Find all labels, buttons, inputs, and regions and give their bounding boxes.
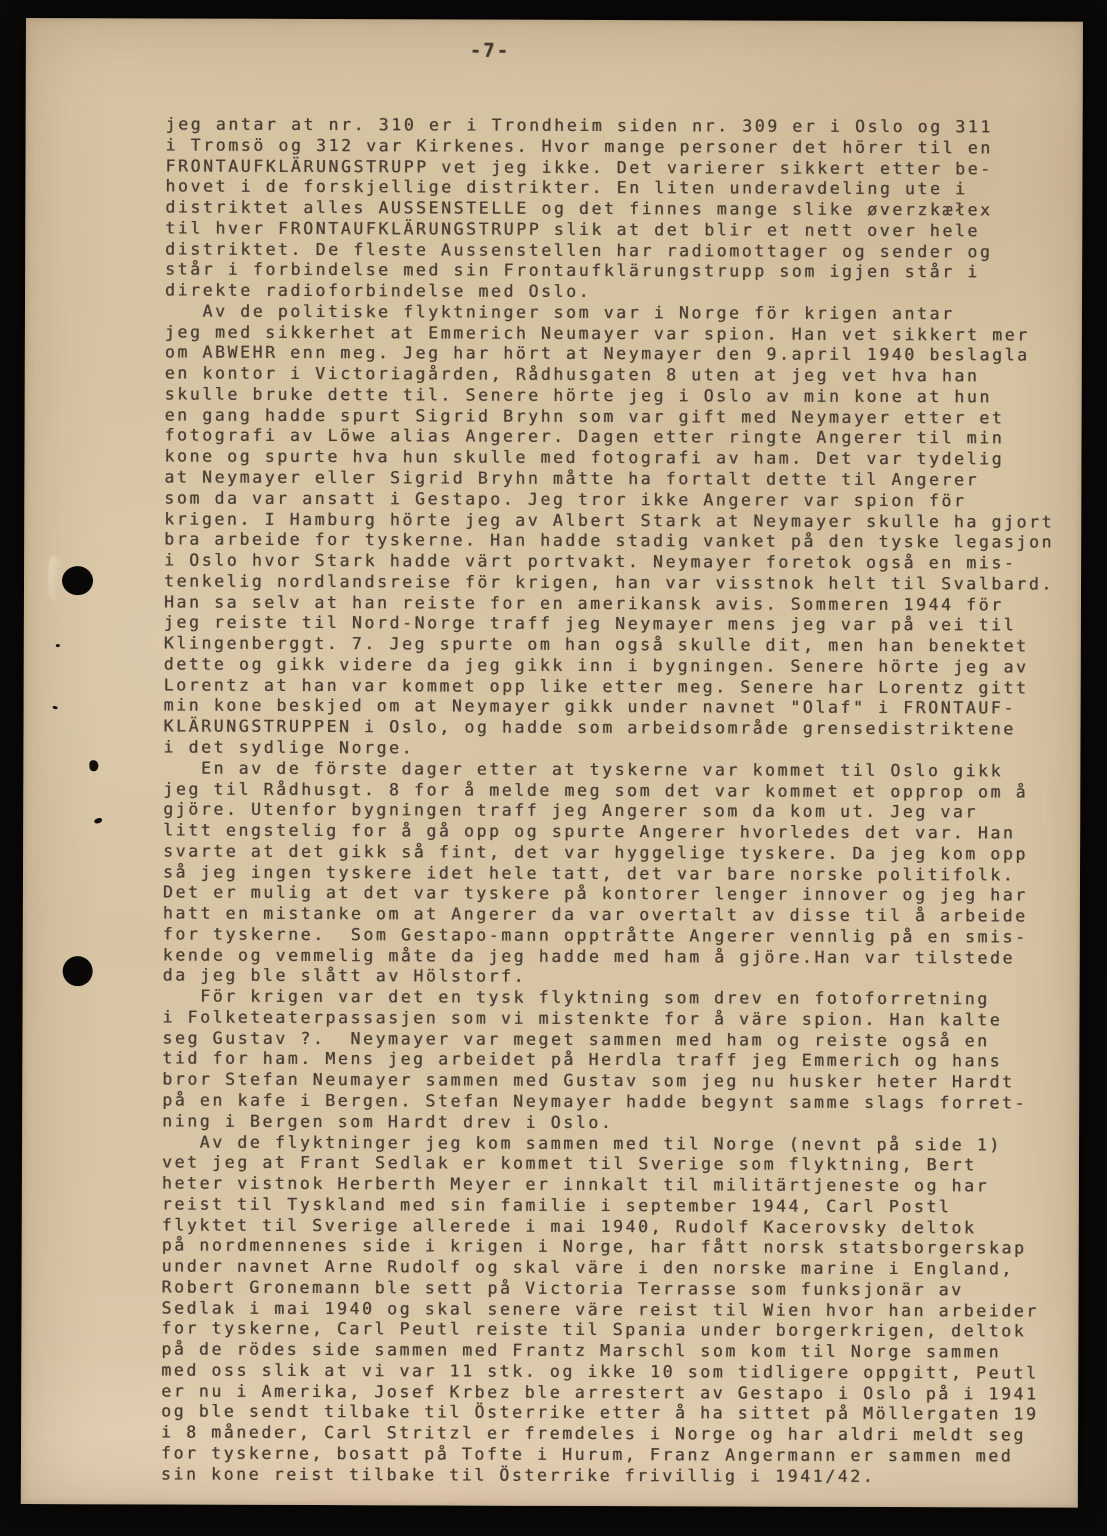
text-line: i Oslo hvor Stark hadde värt portvakt. N… (164, 551, 1069, 575)
paragraph: För krigen var det en tysk flyktning som… (162, 987, 1068, 1136)
text-line: for tyskerne. Som Gestapo-mann opptråtte… (163, 924, 1068, 948)
punch-hole-top (62, 566, 93, 595)
text-line: for tyskerne, bosatt på Tofte i Hurum, F… (161, 1443, 1066, 1467)
text-line: i Folketeaterpassasjen som vi mistenkte … (162, 1007, 1067, 1031)
text-line: på en kafe i Bergen. Stefan Neymayer had… (162, 1090, 1067, 1114)
text-line: som da var ansatt i Gestapo. Jeg tror ik… (164, 488, 1069, 512)
text-line: heter vistnok Herberth Meyer er innkalt … (162, 1174, 1067, 1198)
text-line: Av de politiske flyktninger som var i No… (165, 301, 1070, 325)
paragraph: jeg antar at nr. 310 er i Trondheim side… (165, 114, 1071, 304)
paragraph: Av de politiske flyktninger som var i No… (163, 301, 1070, 761)
text-line: dette og gikk videre da jeg gikk inn i b… (164, 654, 1069, 678)
text-line: distriktet alles AUSSENSTELLE og det fin… (165, 198, 1070, 222)
text-line: Robert Gronemann ble sett på Victoria Te… (162, 1277, 1067, 1301)
text-line: under navnet Arne Rudolf og skal väre i … (162, 1257, 1067, 1281)
page-number: -7- (430, 39, 550, 61)
ink-speck (56, 644, 60, 647)
text-line: til hver FRONTAUFKLÄRUNGSTRUPP slik at d… (165, 218, 1070, 242)
text-line: litt engstelig for å gå opp og spurte An… (163, 821, 1068, 845)
text-line: sin kone reist tilbake til Österrike fri… (161, 1464, 1066, 1488)
text-line: at Neymayer eller Sigrid Bryhn måtte ha … (164, 468, 1069, 492)
punch-hole-bottom (63, 956, 93, 986)
text-line: med oss slik at vi var 11 stk. og ikke 1… (161, 1360, 1066, 1384)
document-text: jeg antar at nr. 310 er i Trondheim side… (161, 114, 1071, 1488)
text-line: reist til Tyskland med sin familie i sep… (162, 1194, 1067, 1218)
ink-speck (52, 705, 58, 710)
text-line: i Tromsö og 312 var Kirkenes. Hvor mange… (166, 135, 1071, 159)
text-line: hatt en mistanke om at Angerer da var ov… (163, 904, 1068, 928)
paper-crease (48, 556, 62, 602)
paragraph: Av de flyktninger jeg kom sammen med til… (161, 1132, 1067, 1488)
text-line: direkte radioforbindelse med Oslo. (165, 281, 1070, 305)
ink-speck (89, 760, 98, 771)
text-line: ning i Bergen som Hardt drev i Oslo. (162, 1111, 1067, 1135)
text-line: tenkelig nordlandsreise för krigen, han … (164, 571, 1069, 595)
text-line: svarte at det gikk så fint, det var hygg… (163, 841, 1068, 865)
text-line: i det sydlige Norge. (163, 737, 1068, 761)
text-line: skulle bruke dette til. Senere hörte jeg… (165, 384, 1070, 408)
document-page: -7- jeg antar at nr. 310 er i Trondheim … (21, 18, 1083, 1508)
text-line: En av de förste dager etter at tyskerne … (163, 758, 1068, 782)
scanned-photo-background: { "page": { "number_label": "-7-", "para… (0, 0, 1107, 1536)
text-line: jeg antar at nr. 310 er i Trondheim side… (166, 114, 1071, 138)
paragraph: En av de förste dager etter at tyskerne … (163, 758, 1069, 990)
ink-speck (94, 817, 103, 824)
